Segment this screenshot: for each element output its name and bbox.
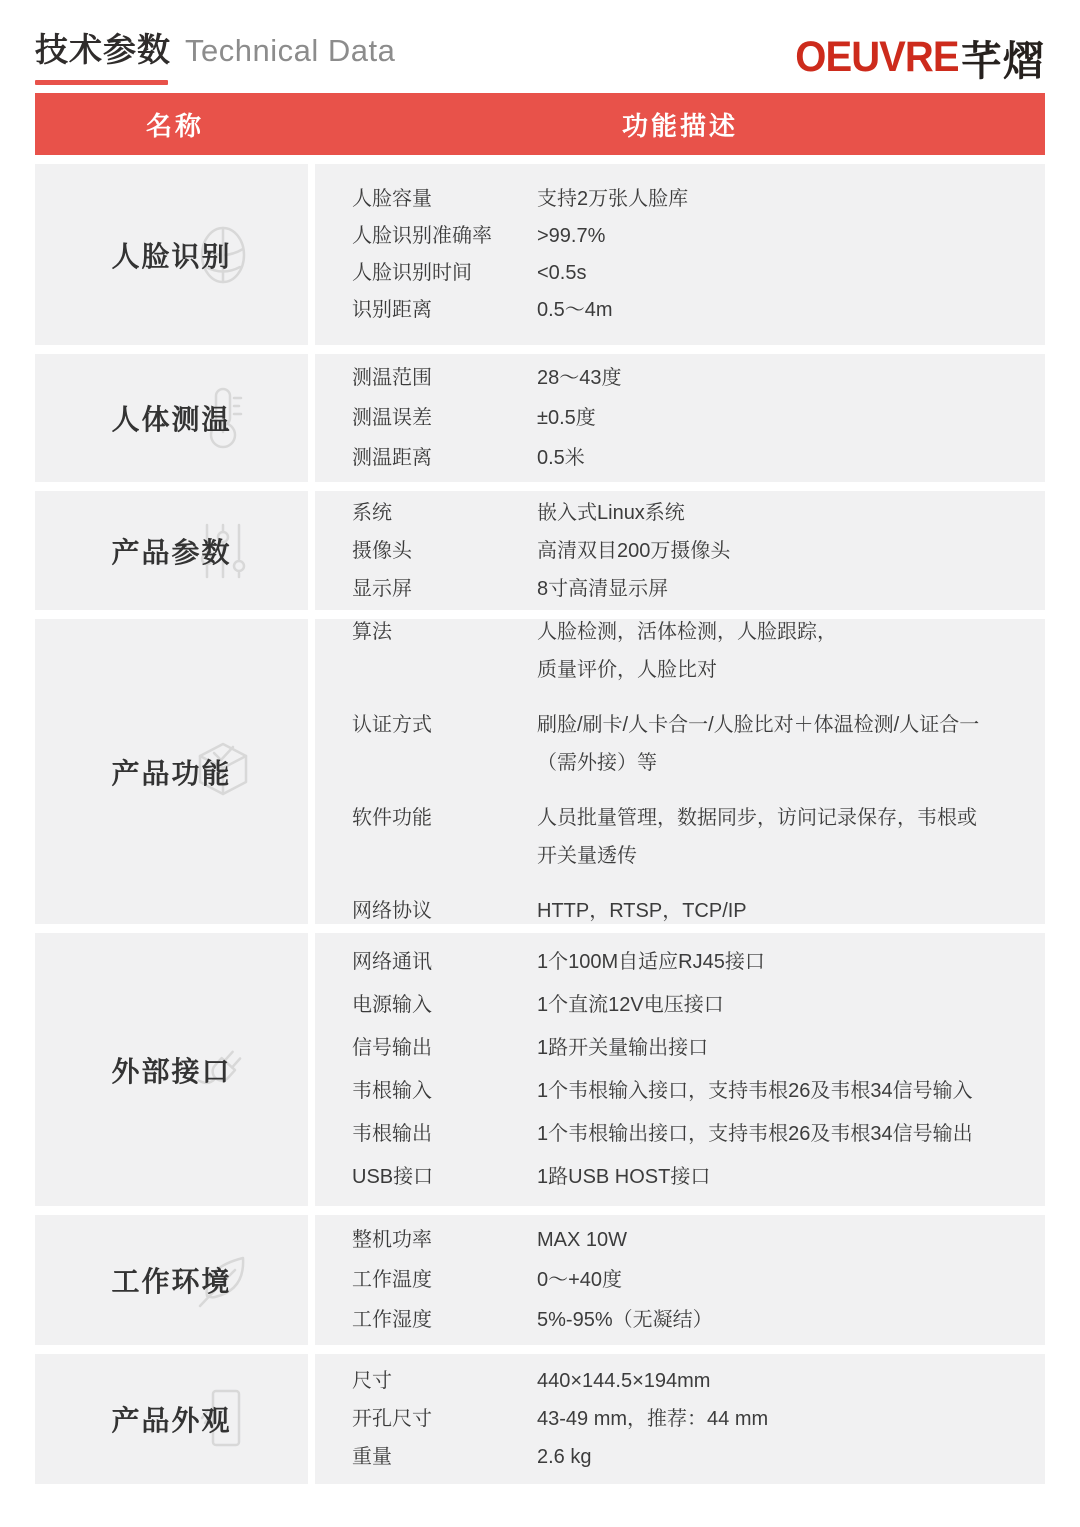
spec-value: 1个直流12V电压接口 xyxy=(537,984,1033,1027)
spec-item: 韦根输入 1个韦根输入接口，支持韦根26及韦根34信号输入 xyxy=(352,1070,1033,1113)
spec-label: 信号输出 xyxy=(352,1027,537,1070)
row-title: 产品功能 xyxy=(111,752,231,792)
spec-value: 高清双目200万摄像头 xyxy=(537,532,1033,570)
spec-item: 工作温度 0～+40度 xyxy=(352,1260,1033,1300)
table-row: 产品参数 系统 嵌入式Linux系统 摄像头 高清双目200万摄像头 显示屏 8… xyxy=(35,491,1045,610)
row-title: 人体测温 xyxy=(111,398,231,438)
spec-label: 工作温度 xyxy=(352,1260,537,1300)
spec-label: 摄像头 xyxy=(352,532,537,570)
spec-item: 测温范围 28～43度 xyxy=(352,358,1033,398)
spec-value: 人脸检测，活体检测，人脸跟踪， 质量评价，人脸比对 xyxy=(537,613,1033,689)
spec-item: 测温距离 0.5米 xyxy=(352,438,1033,478)
row-title: 工作环境 xyxy=(111,1260,231,1300)
spec-label: 人脸识别准确率 xyxy=(352,218,537,255)
spec-label: 算法 xyxy=(352,613,537,651)
spec-item: 信号输出 1路开关量输出接口 xyxy=(352,1027,1033,1070)
spec-item: 开孔尺寸 43-49 mm，推荐：44 mm xyxy=(352,1400,1033,1438)
title-underline xyxy=(35,80,168,85)
table-row: 产品功能 算法 人脸检测，活体检测，人脸跟踪， 质量评价，人脸比对 认证方式 刷… xyxy=(35,619,1045,924)
spec-item: 工作湿度 5%-95%（无凝结） xyxy=(352,1300,1033,1340)
spec-item: 软件功能 人员批量管理，数据同步，访问记录保存，韦根或 开关量透传 xyxy=(352,799,1033,875)
page-subtitle: Technical Data xyxy=(185,33,395,69)
spec-item: 电源输入 1个直流12V电压接口 xyxy=(352,984,1033,1027)
spec-label: 人脸识别时间 xyxy=(352,255,537,292)
table-row: 外部接口 网络通讯 1个100M自适应RJ45接口 电源输入 1个直流12V电压… xyxy=(35,933,1045,1206)
spec-value: 0～+40度 xyxy=(537,1260,1033,1300)
spec-label: USB接口 xyxy=(352,1156,537,1199)
spec-value: 1个100M自适应RJ45接口 xyxy=(537,941,1033,984)
spec-value: 1路USB HOST接口 xyxy=(537,1156,1033,1199)
spec-label: 重量 xyxy=(352,1438,537,1476)
spec-value: 5%-95%（无凝结） xyxy=(537,1300,1033,1340)
spec-value: >99.7% xyxy=(537,218,1033,255)
row-title: 产品外观 xyxy=(111,1399,231,1439)
spec-item: 认证方式 刷脸/刷卡/人卡合一/人脸比对＋体温检测/人证合一 （需外接）等 xyxy=(352,706,1033,782)
spec-value: 嵌入式Linux系统 xyxy=(537,494,1033,532)
page-title: 技术参数 xyxy=(35,24,171,71)
spec-item: 重量 2.6 kg xyxy=(352,1438,1033,1476)
spec-label: 软件功能 xyxy=(352,799,537,837)
spec-item: 网络通讯 1个100M自适应RJ45接口 xyxy=(352,941,1033,984)
brand-logo-zh: 芊熠 xyxy=(961,28,1045,87)
spec-label: 人脸容量 xyxy=(352,181,537,218)
table-row: 产品外观 尺寸 440×144.5×194mm 开孔尺寸 43-49 mm，推荐… xyxy=(35,1354,1045,1484)
spec-value: 刷脸/刷卡/人卡合一/人脸比对＋体温检测/人证合一 （需外接）等 xyxy=(537,706,1033,782)
spec-label: 开孔尺寸 xyxy=(352,1400,537,1438)
spec-value: HTTP，RTSP，TCP/IP xyxy=(537,892,1033,930)
table-header-bar: 名称 功能描述 xyxy=(35,93,1045,155)
row-title: 人脸识别 xyxy=(111,235,231,275)
spec-label: 网络协议 xyxy=(352,892,537,930)
spec-item: 尺寸 440×144.5×194mm xyxy=(352,1362,1033,1400)
spec-item: 摄像头 高清双目200万摄像头 xyxy=(352,532,1033,570)
spec-label: 网络通讯 xyxy=(352,941,537,984)
spec-value: 1个韦根输入接口，支持韦根26及韦根34信号输入 xyxy=(537,1070,1033,1113)
spec-item: 人脸容量 支持2万张人脸库 xyxy=(352,181,1033,218)
spec-table: 名称 功能描述 人脸识别 xyxy=(35,93,1045,1484)
header-desc-col: 功能描述 xyxy=(622,111,738,141)
spec-value: 2.6 kg xyxy=(537,1438,1033,1476)
spec-label: 显示屏 xyxy=(352,570,537,608)
spec-value: 8寸高清显示屏 xyxy=(537,570,1033,608)
spec-item: 人脸识别准确率 >99.7% xyxy=(352,218,1033,255)
spec-item: 整机功率 MAX 10W xyxy=(352,1220,1033,1260)
spec-value: 0.5米 xyxy=(537,438,1033,478)
spec-value: 1个韦根输出接口，支持韦根26及韦根34信号输出 xyxy=(537,1113,1033,1156)
table-row: 人体测温 测温范围 28～43度 测温误差 ±0.5度 测温距离 0.5米 xyxy=(35,354,1045,482)
spec-label: 电源输入 xyxy=(352,984,537,1027)
table-row: 工作环境 整机功率 MAX 10W 工作温度 0～+40度 工作湿度 5%-95… xyxy=(35,1215,1045,1345)
spec-label: 系统 xyxy=(352,494,537,532)
spec-value: 440×144.5×194mm xyxy=(537,1362,1033,1400)
spec-item: 人脸识别时间 <0.5s xyxy=(352,255,1033,292)
spec-value: <0.5s xyxy=(537,255,1033,292)
spec-value: 28～43度 xyxy=(537,358,1033,398)
spec-item: 显示屏 8寸高清显示屏 xyxy=(352,570,1033,608)
spec-label: 尺寸 xyxy=(352,1362,537,1400)
spec-sheet-page: 技术参数 Technical Data OEUVRE 芊熠 名称 功能描述 xyxy=(0,0,1080,1527)
spec-item: 网络协议 HTTP，RTSP，TCP/IP xyxy=(352,892,1033,930)
spec-label: 认证方式 xyxy=(352,706,537,744)
spec-value: ±0.5度 xyxy=(537,398,1033,438)
row-title: 外部接口 xyxy=(111,1050,231,1090)
spec-value: 43-49 mm，推荐：44 mm xyxy=(537,1400,1033,1438)
spec-label: 整机功率 xyxy=(352,1220,537,1260)
spec-value: 支持2万张人脸库 xyxy=(537,181,1033,218)
spec-item: 识别距离 0.5～4m xyxy=(352,292,1033,329)
spec-label: 韦根输出 xyxy=(352,1113,537,1156)
spec-label: 测温范围 xyxy=(352,358,537,398)
spec-item: 系统 嵌入式Linux系统 xyxy=(352,494,1033,532)
brand-logo: OEUVRE 芊熠 xyxy=(783,24,1045,87)
spec-item: 算法 人脸检测，活体检测，人脸跟踪， 质量评价，人脸比对 xyxy=(352,613,1033,689)
spec-value: 1路开关量输出接口 xyxy=(537,1027,1033,1070)
spec-label: 工作湿度 xyxy=(352,1300,537,1340)
brand-logo-latin: OEUVRE xyxy=(796,33,959,82)
spec-label: 测温距离 xyxy=(352,438,537,478)
spec-item: 测温误差 ±0.5度 xyxy=(352,398,1033,438)
spec-label: 测温误差 xyxy=(352,398,537,438)
spec-value: 0.5～4m xyxy=(537,292,1033,329)
row-title: 产品参数 xyxy=(111,531,231,571)
spec-value: MAX 10W xyxy=(537,1220,1033,1260)
spec-value: 人员批量管理，数据同步，访问记录保存，韦根或 开关量透传 xyxy=(537,799,1033,875)
page-header: 技术参数 Technical Data OEUVRE 芊熠 xyxy=(35,24,1045,92)
spec-label: 韦根输入 xyxy=(352,1070,537,1113)
spec-label: 识别距离 xyxy=(352,292,537,329)
spec-item: 韦根输出 1个韦根输出接口，支持韦根26及韦根34信号输出 xyxy=(352,1113,1033,1156)
spec-item: USB接口 1路USB HOST接口 xyxy=(352,1156,1033,1199)
header-name-col: 名称 xyxy=(146,111,204,141)
table-row: 人脸识别 人脸容量 支持2万张人脸库 人脸识别准确率 >99.7% 人脸识别时间… xyxy=(35,164,1045,345)
